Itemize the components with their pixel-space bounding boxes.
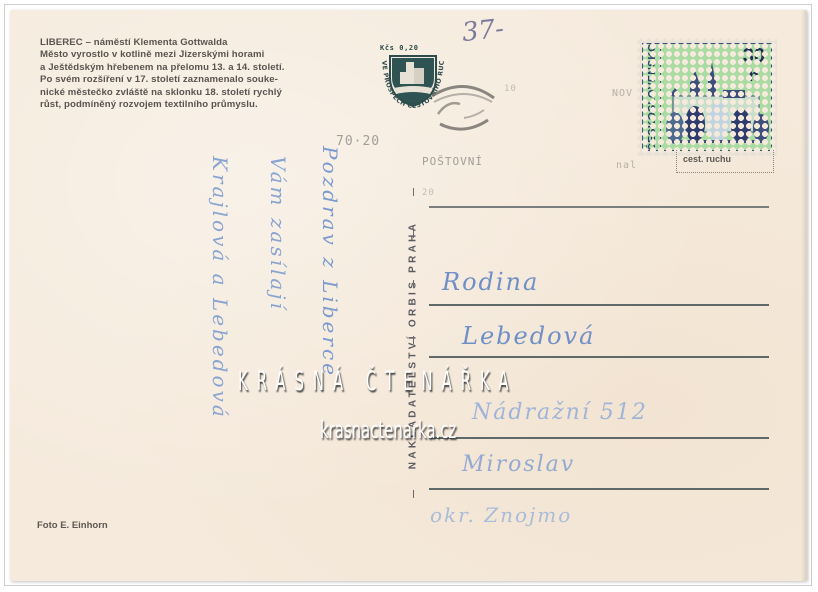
postmark-town: POŠTOVNÍ: [422, 155, 483, 168]
postmark-fragment: 20: [422, 188, 435, 198]
address-recipient: Rodina: [442, 268, 539, 296]
watermark-title: KRÁSNÁ ČTENÁŘKA: [238, 366, 518, 397]
caption-line: nické městečko zvláště na sklonku 18. st…: [40, 87, 340, 99]
address-surname: Lebedová: [462, 322, 595, 350]
postmark-fragment: nal: [616, 160, 637, 171]
postcard: LIBEREC – náměstí Klementa Gottwalda Měs…: [10, 10, 807, 581]
watermark-url: krasnactenarka.cz: [320, 416, 456, 444]
postmark-date: 70·20: [336, 134, 380, 149]
caption-line: a Ještědským hřebenem na přelomu 13. a 1…: [40, 62, 340, 74]
caption-line: Po svém rozšíření v 17. století zaznamen…: [40, 74, 340, 86]
divider-tick: [413, 230, 414, 238]
divider-tick: [413, 490, 414, 498]
caption-title: LIBEREC – náměstí Klementa Gottwalda: [40, 37, 340, 49]
address-line: [429, 437, 769, 439]
price-mark: 37-: [461, 14, 506, 48]
address-line: [429, 488, 769, 490]
divider-tick: [413, 280, 414, 288]
message-line: Krajlová a Lebedová: [208, 156, 232, 420]
message-line: Vám zasílají: [266, 156, 290, 312]
message-line: Pozdrav z Liberce: [318, 146, 342, 378]
caption-line: růst, podmíněný rozvojem textilního prům…: [40, 99, 340, 111]
photo-credit: Foto E. Einhorn: [37, 520, 108, 531]
stamp-face: ČESKOSLOVENSKO 30 h: [642, 43, 772, 151]
postcard-caption: LIBEREC – náměstí Klementa Gottwalda Měs…: [40, 37, 340, 111]
postmark: [428, 80, 500, 135]
address-district: okr. Znojmo: [430, 503, 572, 527]
stamp-subcaption: cest. ruchu: [683, 154, 731, 164]
address-line: [429, 304, 769, 306]
address-town: Miroslav: [462, 452, 575, 477]
castle-illustration-icon: [663, 62, 771, 146]
divider-tick: [413, 188, 414, 196]
postage-stamp: ČESKOSLOVENSKO 30 h: [637, 38, 777, 156]
postmark-waves-icon: [428, 80, 500, 135]
caption-line: Město vyrostlo v kotlině mezi Jizerskými…: [40, 49, 340, 61]
postmark-fragment: NOV: [612, 88, 633, 99]
address-line: [429, 206, 769, 208]
postmark-fragment: 10: [504, 84, 517, 94]
stamp-country: ČESKOSLOVENSKO: [643, 44, 661, 149]
divider-tick: [413, 336, 414, 344]
address-street: Nádražní 512: [472, 400, 648, 425]
address-line: [429, 356, 769, 358]
